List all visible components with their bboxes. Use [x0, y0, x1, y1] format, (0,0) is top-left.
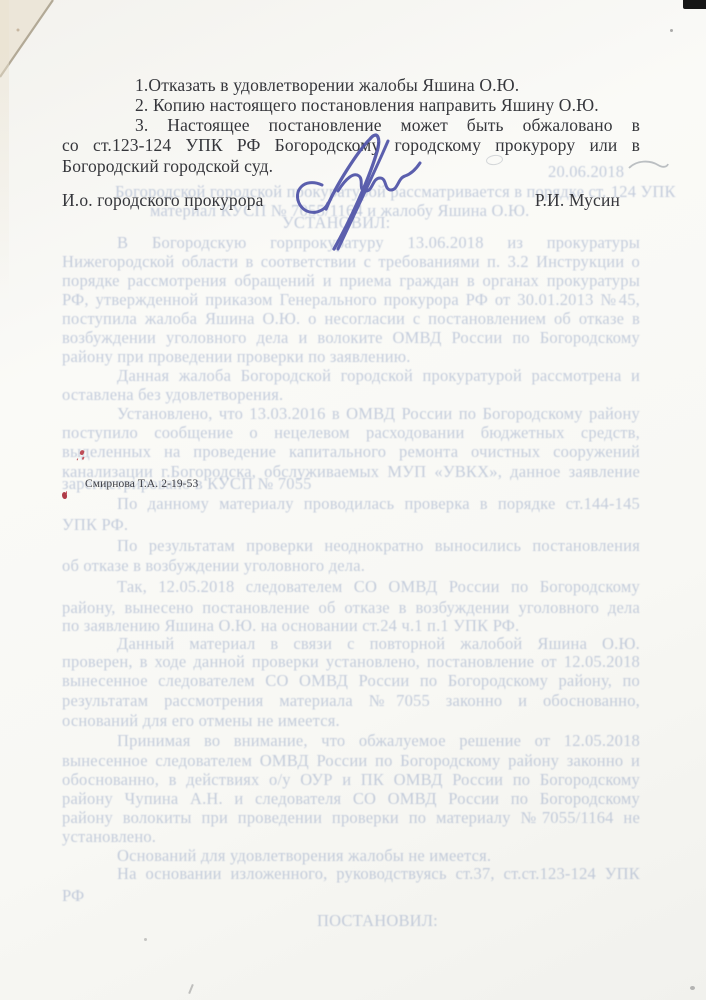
- scanned-document-page: 20.06.2018Богородской городской прокурат…: [0, 0, 706, 1000]
- bleedthrough-line: Так, 12.05.2018 следователем СО ОМВД Рос…: [117, 577, 640, 597]
- bleedthrough-line: оснований для его отмены не имеется.: [62, 711, 340, 730]
- bleedthrough-line: району, вынесено постановление об отказе…: [62, 598, 640, 618]
- bleedthrough-line: обоснованно, в действиях о/у ОУР и ПК ОМ…: [62, 770, 640, 790]
- bleedthrough-line: поступило сообщение о нецелевом расходов…: [62, 423, 640, 443]
- small-dot-mark: [670, 29, 673, 32]
- small-dot-mark: [144, 938, 147, 941]
- bleedthrough-line: РФ: [62, 886, 84, 905]
- signer-name: Р.И. Мусин: [535, 190, 640, 210]
- bleedthrough-line: По данному материалу проводилась проверк…: [117, 494, 640, 514]
- bleedthrough-line: РФ, утвержденной приказом Генерального п…: [62, 290, 640, 310]
- pencil-squiggle-mark: [626, 157, 670, 175]
- executor-note: Смирнова Т.А. 2-19-53: [85, 478, 198, 490]
- bottom-right-speck: [690, 986, 695, 990]
- bleedthrough-line: возбуждении уголовного дела и волоките О…: [62, 328, 640, 348]
- bleedthrough-line: По результатам проверки неоднократно вын…: [117, 536, 640, 556]
- bleedthrough-line: ПОСТАНОВИЛ:: [317, 911, 438, 930]
- bleedthrough-line: району при проведении проверки по заявле…: [62, 347, 411, 366]
- bleedthrough-line: проверен, в ходе данной проверки установ…: [62, 652, 640, 672]
- top-right-scan-bar: [683, 0, 706, 9]
- bleedthrough-line: Установлено, что 13.03.2016 в ОМВД Росси…: [117, 404, 640, 424]
- signature-ink: [280, 125, 440, 265]
- signer-title: И.о. городского прокурора: [62, 190, 264, 210]
- operative-item-1: 1.Отказать в удовлетворении жалобы Яшина…: [62, 75, 640, 95]
- operative-item-2: 2. Копию настоящего постановления направ…: [62, 95, 640, 115]
- bleedthrough-line: Данный материал в связи с повторной жало…: [117, 634, 640, 654]
- bleedthrough-line: Принимая во внимание, что обжалуемое реш…: [117, 731, 640, 751]
- left-edge-tint: [0, 0, 9, 300]
- bleedthrough-line: УПК РФ.: [62, 515, 128, 534]
- red-ink-speck-2: [62, 492, 67, 499]
- bleedthrough-line: Оснований для удовлетворения жалобы не и…: [117, 846, 491, 865]
- bleedthrough-line: району волокиты при проведении проверки …: [62, 808, 640, 828]
- bleedthrough-line: району Чупина А.Н. и следователя СО ОМВД…: [62, 789, 640, 809]
- bleedthrough-line: вынесенное следователем ОМВД России по Б…: [62, 751, 640, 771]
- bleedthrough-line: поступила жалоба Яшина О.Ю. о несогласии…: [62, 309, 640, 329]
- bleedthrough-line: выделенных на проведение капитального ре…: [62, 442, 640, 462]
- bleedthrough-line: порядке рассмотрения обращений и приема …: [62, 271, 640, 291]
- bleedthrough-line: по заявлению Яшина О.Ю. на основании ст.…: [62, 616, 519, 635]
- bleedthrough-line: оставлена без удовлетворения.: [62, 385, 283, 404]
- bleedthrough-line: На основании изложенного, руководствуясь…: [117, 864, 640, 884]
- bleedthrough-line: Данная жалоба Богородской городской прок…: [117, 366, 640, 386]
- bleedthrough-line: об отказе в возбуждении уголовного дела.: [62, 556, 365, 575]
- bleedthrough-line: результатам рассмотрения материала №7055…: [62, 691, 640, 711]
- bleedthrough-line: установлено.: [62, 827, 156, 846]
- bleedthrough-line: вынесенное следователем СО ОМВД России п…: [62, 671, 640, 691]
